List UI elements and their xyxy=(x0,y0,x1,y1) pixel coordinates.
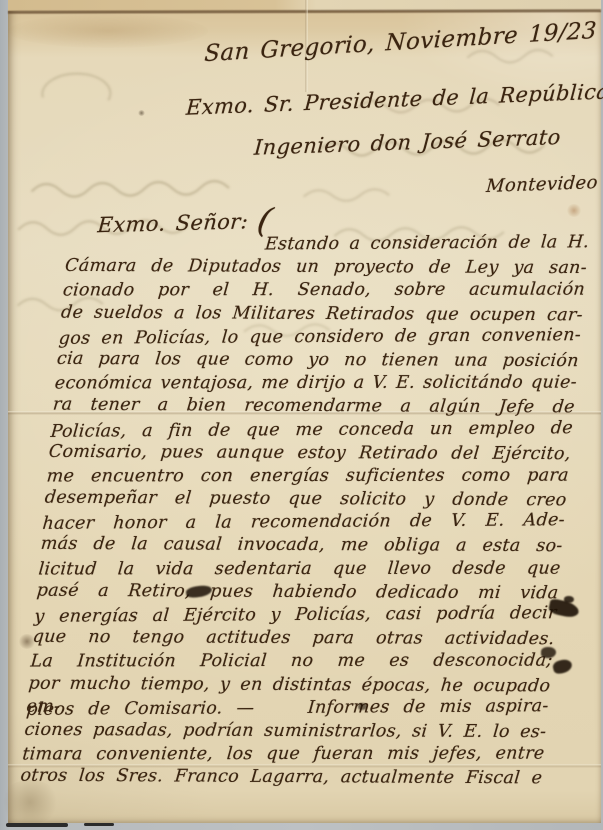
letter-body-line: Estando a consideración de la H. xyxy=(66,231,590,258)
ink-blot xyxy=(564,596,574,603)
letter-recipient-city: Montevideo xyxy=(485,172,598,197)
letter-recipient-title: Exmo. Sr. Presidente de la República xyxy=(185,80,586,119)
letter-body-line: cia para los que como yo no tienen una p… xyxy=(56,348,580,373)
scan-edge-mark xyxy=(84,823,114,826)
paper-stain-spot xyxy=(566,204,582,217)
scan-edge-mark xyxy=(6,823,68,827)
letter-body-line: y energías al Ejército y Policías, casi … xyxy=(33,602,557,629)
letter-body-line: pleos de Comisario. — Informes de mis as… xyxy=(25,695,549,722)
letter-body-line: de sueldos a los Militares Retirados que… xyxy=(60,301,584,327)
letter-body-line: La Institución Policial no me es descono… xyxy=(29,650,553,674)
letter-body-line: Policías, a fin de que me conceda un emp… xyxy=(50,417,574,444)
letter-body-line: económica ventajosa, me dirijo a V. E. s… xyxy=(54,372,578,396)
letter-body-line: ra tener a bien recomendarme a algún Jef… xyxy=(52,394,576,420)
letter-recipient-name: Ingeniero don José Serrato xyxy=(253,126,525,159)
letter-body-line: gos en Policías, lo que considero de gra… xyxy=(58,324,582,351)
letter-page: San Gregorio, Noviembre 19/23 Exmo. Sr. … xyxy=(8,0,601,823)
letter-dateline: San Gregorio, Noviembre 19/23 xyxy=(204,19,581,67)
letter-body-line: me encuentro con energías suficientes co… xyxy=(46,464,570,488)
letter-body-line: cionado por el H. Senado, sobre acumulac… xyxy=(62,279,586,303)
ink-blot xyxy=(552,658,574,675)
letter-body-line: timara conveniente, los que fueran mis j… xyxy=(21,743,545,767)
letter-body-line: Cámara de Diputados un proyecto de Ley y… xyxy=(64,255,588,280)
letter-body-line: por mucho tiempo, y en distintas épocas,… xyxy=(27,672,551,698)
letter-body-line: más de la causal invocada, me obliga a e… xyxy=(40,533,564,558)
letter-body-line: otros los Sres. Franco Lagarra, actualme… xyxy=(19,765,543,791)
letter-body-line: que no tengo actitudes para otras activi… xyxy=(32,626,556,651)
letter-body-line: ciones pasadas, podrían suministrarlos, … xyxy=(23,719,547,744)
scanned-letter: San Gregorio, Noviembre 19/23 Exmo. Sr. … xyxy=(0,0,603,830)
letter-body-line: Comisario, pues aunque estoy Retirado de… xyxy=(48,441,572,466)
letter-body-line: licitud la vida sedentaria que llevo des… xyxy=(38,557,562,581)
paper-stain-spot xyxy=(138,110,145,116)
paper-stain-spot xyxy=(8,14,208,48)
letter-body: Estando a consideración de la H.Cámara d… xyxy=(19,233,590,790)
letter-body-line: pasé a Retiro, pues habiendo dedicado mi… xyxy=(36,579,560,605)
ink-blot xyxy=(541,647,556,658)
